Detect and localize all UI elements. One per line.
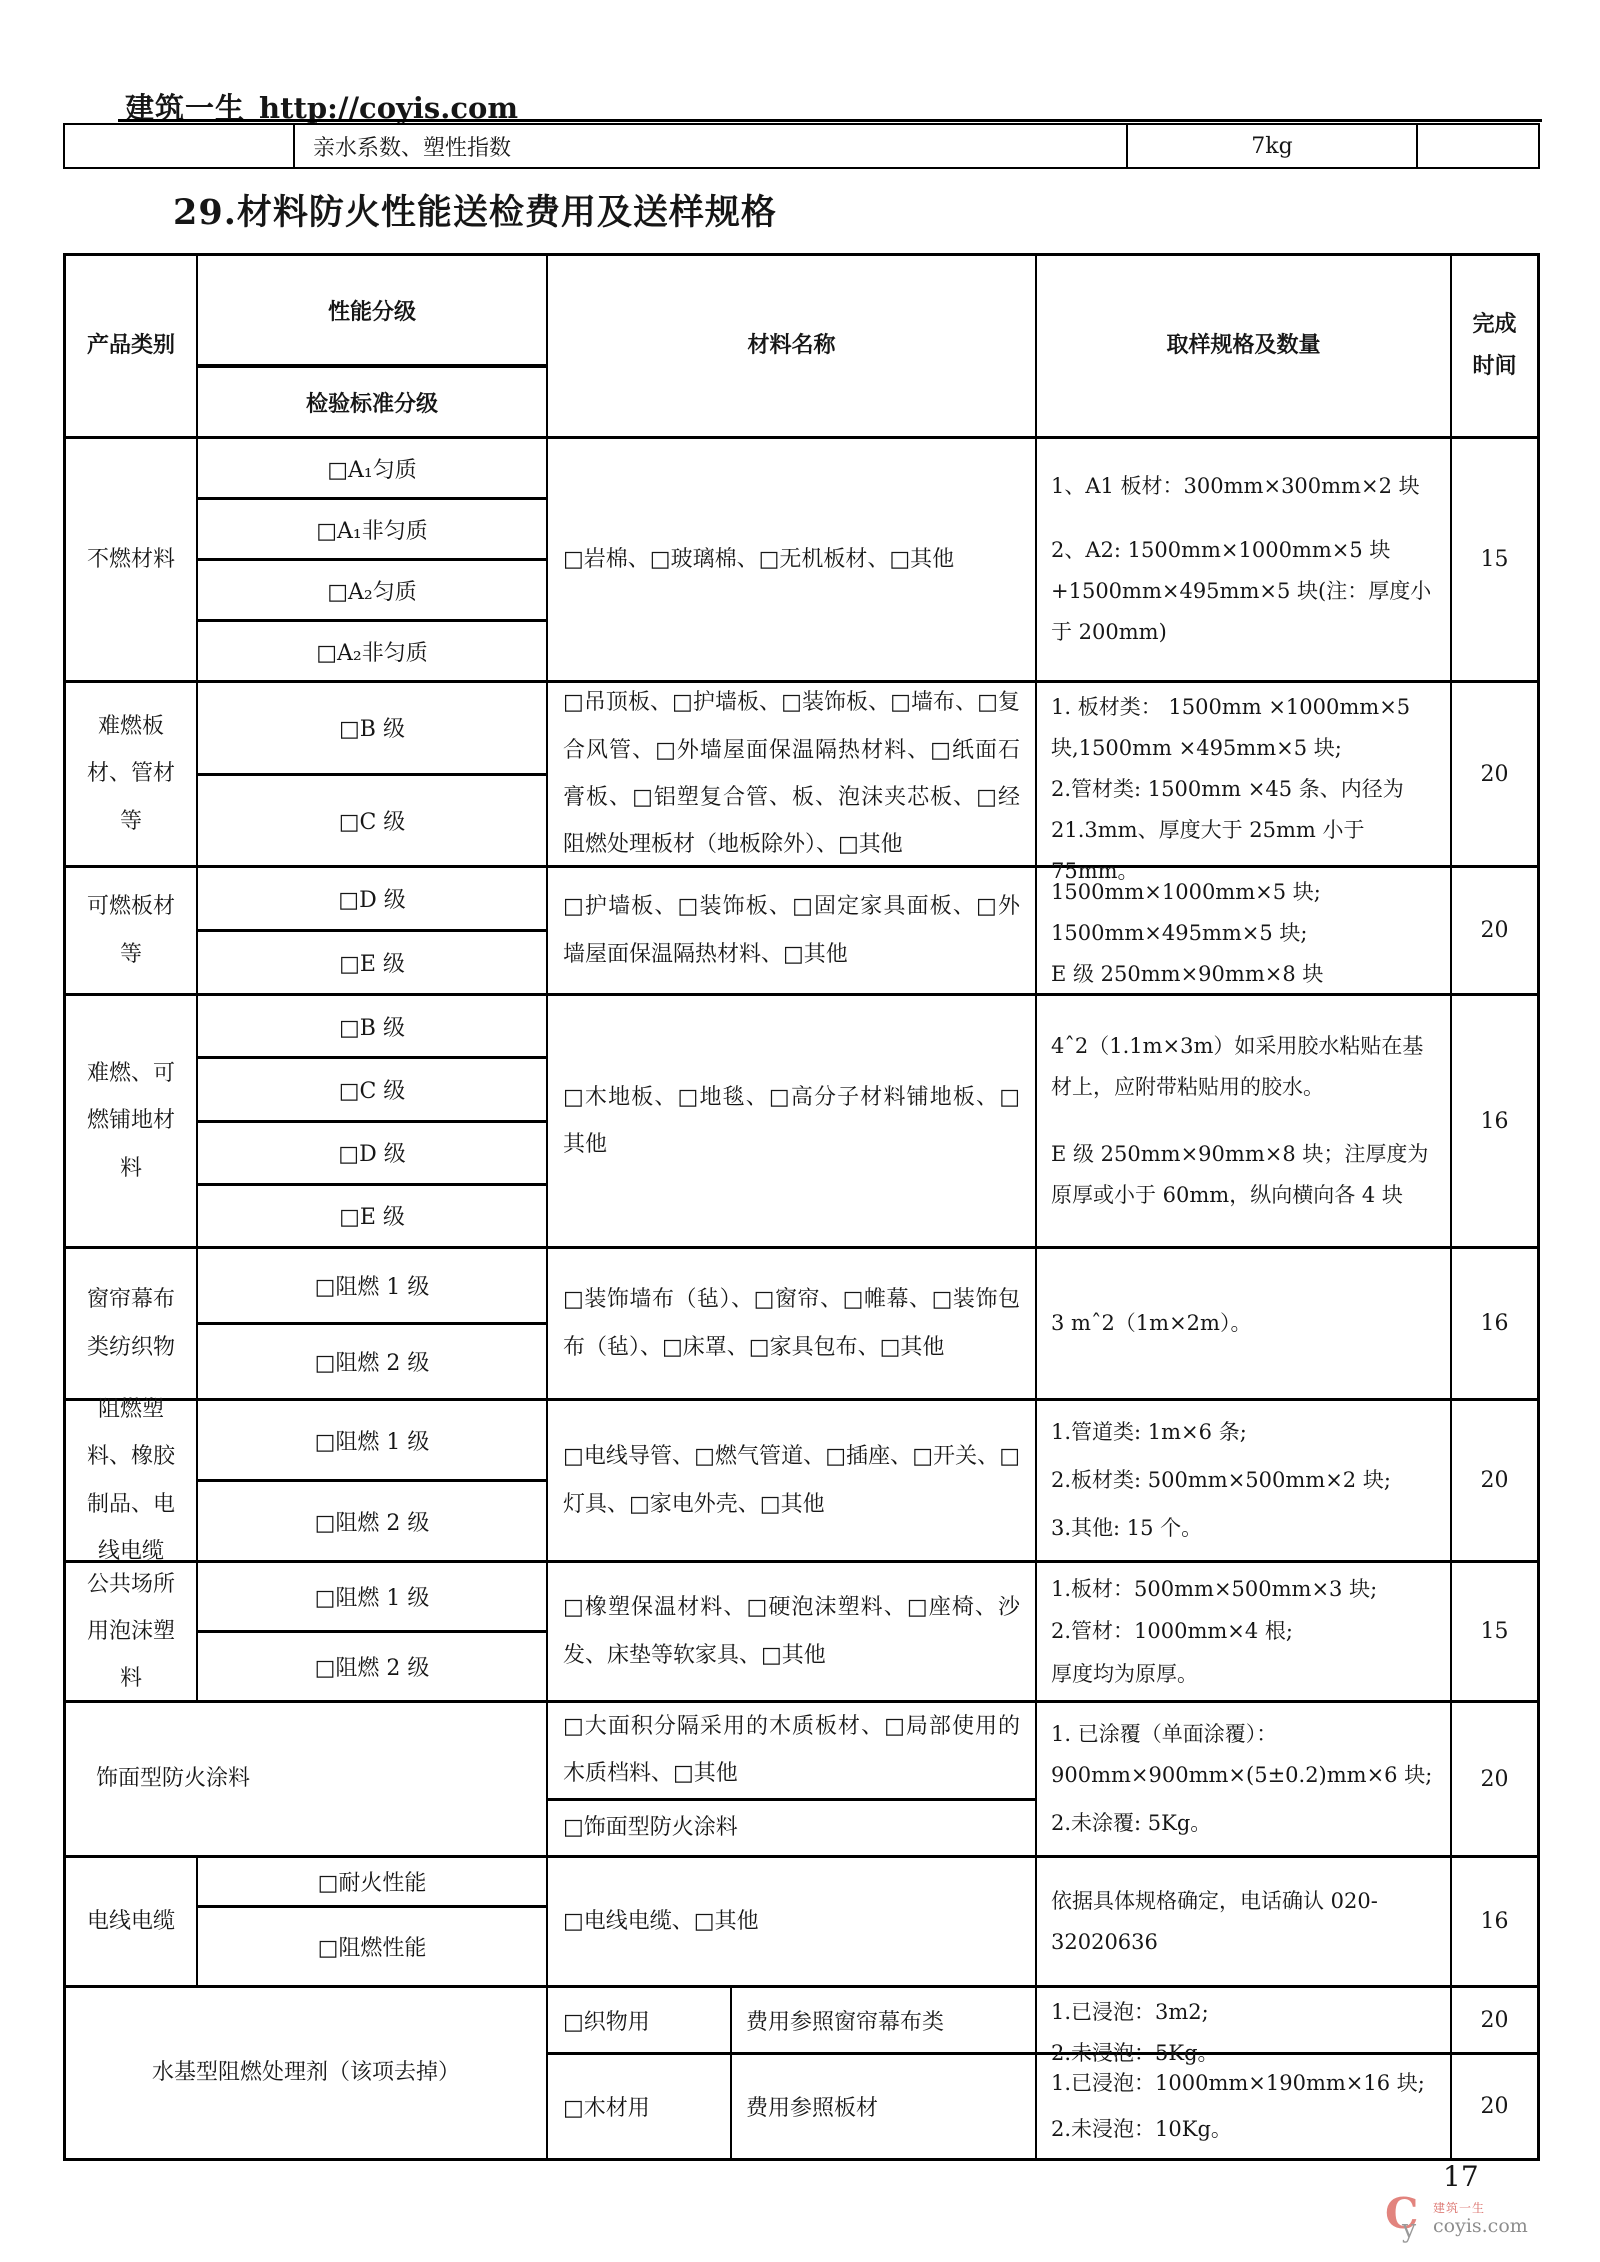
header-performance-grade: 性能分级 [198,256,546,368]
table-sub-row: □木材用 费用参照板材 1.已浸泡：1000mm×190mm×16 块; 2.未… [548,2055,1537,2158]
materials-cell: □电线导管、□燃气管道、□插座、□开关、□灯具、□家电外壳、□其他 [548,1401,1037,1560]
completion-time-cell: 20 [1452,1401,1537,1560]
grade-option: □阻燃 2 级 [198,1325,546,1398]
specs-cell: 1、A1 板材：300mm×300mm×2 块 2、A2: 1500mm×100… [1037,439,1452,680]
completion-time-cell: 16 [1452,1858,1537,1985]
table-row: 可燃板材等 □D 级 □E 级 □护墙板、□装饰板、□固定家具面板、□外墙屋面保… [66,868,1537,996]
table-header-row: 产品类别 性能分级 检验标准分级 材料名称 取样规格及数量 完成时间 [66,256,1537,439]
completion-time-cell: 20 [1452,2055,1537,2158]
category-cell: 电线电缆 [66,1858,198,1985]
specs-cell: 依据具体规格确定，电话确认 020-32020636 [1037,1858,1452,1985]
grade-option: □C 级 [198,1059,546,1122]
materials-text: □饰面型防火涂料 [563,1804,738,1851]
category-cell: 可燃板材等 [66,868,198,993]
completion-time-cell: 20 [1452,1703,1537,1855]
spec-line: 1. 已涂覆（单面涂覆）：900mm×900mm×(5±0.2)mm×6 块; [1051,1714,1436,1796]
category-cell: 难燃、可燃铺地材料 [66,996,198,1246]
grade-column: □阻燃 1 级 □阻燃 2 级 [198,1401,548,1560]
spec-line: 1、A1 板材：300mm×300mm×2 块 [1051,466,1420,507]
header-product-category: 产品类别 [66,256,198,436]
page-number: 17 [1443,2160,1479,2193]
materials-cell: □电线电缆、□其他 [548,1858,1037,1985]
grade-option: □阻燃 1 级 [198,1249,546,1325]
category-cell: 饰面型防火涂料 [66,1703,548,1855]
materials-text: □岩棉、□玻璃棉、□无机板材、□其他 [563,536,1020,583]
completion-time-cell: 20 [1452,868,1537,993]
spec-line: 4ˆ2（1.1m×3m）如采用胶水粘贴在基材上，应附带粘贴用的胶水。 [1051,1026,1436,1108]
specs-cell: 1.已浸泡：1000mm×190mm×16 块; 2.未浸泡：10Kg。 [1037,2055,1452,2158]
fee-reference-cell: 费用参照窗帘幕布类 [732,1988,1037,2052]
fee-table: 产品类别 性能分级 检验标准分级 材料名称 取样规格及数量 完成时间 不燃材料 … [63,253,1540,2161]
materials-cell: □装饰墙布（毡）、□窗帘、□帷幕、□装饰包布（毡）、□床罩、□家具包布、□其他 [548,1249,1037,1398]
header-sampling-spec: 取样规格及数量 [1037,256,1452,436]
completion-time-cell: 20 [1452,683,1537,865]
spec-line: 1.板材：500mm×500mm×3 块; [1051,1569,1377,1610]
materials-cell: □橡塑保温材料、□硬泡沫塑料、□座椅、沙发、床垫等软家具、□其他 [548,1563,1037,1700]
category-cell: 阻燃塑料、橡胶制品、电线电缆 [66,1401,198,1560]
header-inspection-standard-grade: 检验标准分级 [198,368,546,436]
grade-option: □阻燃 2 级 [198,1633,546,1700]
completion-time-cell: 20 [1452,1988,1537,2052]
grade-option: □E 级 [198,932,546,993]
top-table-cell-weight: 7kg [1128,125,1418,167]
header-rule [118,119,1542,122]
grade-option: □阻燃 2 级 [198,1482,546,1560]
materials-cell: □护墙板、□装饰板、□固定家具面板、□外墙屋面保温隔热材料、□其他 [548,868,1037,993]
header-completion-time: 完成时间 [1452,256,1537,436]
grade-option: □C 级 [198,776,546,866]
spec-line: 2.未浸泡：10Kg。 [1051,2109,1232,2150]
document-page: 建筑一生http://coyis.com 亲水系数、塑性指数 7kg 29.材料… [0,0,1600,2262]
materials-text: □橡塑保温材料、□硬泡沫塑料、□座椅、沙发、床垫等软家具、□其他 [563,1584,1020,1679]
spec-line: 1500mm×1000mm×5 块; [1051,872,1321,913]
grade-option: □A₁匀质 [198,439,546,500]
grade-column: □阻燃 1 级 □阻燃 2 级 [198,1563,548,1700]
grade-column: □B 级 □C 级 □D 级 □E 级 [198,996,548,1246]
watermark-text: 建筑一生 coyis.com [1433,2202,1528,2238]
grade-column: □耐火性能 □阻燃性能 [198,1858,548,1985]
category-cell: 窗帘幕布类纺织物 [66,1249,198,1398]
completion-time-cell: 16 [1452,1249,1537,1398]
materials-text: □木地板、□地毯、□高分子材料铺地板、□其他 [563,1074,1020,1169]
spec-line: 3 mˆ2（1m×2m）。 [1051,1303,1251,1344]
materials-cell: □大面积分隔采用的木质板材、□局部使用的木质档料、□其他 □饰面型防火涂料 [548,1703,1037,1855]
spec-line: 2.管材：1000mm×4 根; [1051,1611,1293,1652]
grade-option: □B 级 [198,683,546,776]
specs-cell: 1.板材：500mm×500mm×3 块; 2.管材：1000mm×4 根; 厚… [1037,1563,1452,1700]
grade-option: □A₁非匀质 [198,500,546,561]
spec-line: 1.已浸泡：3m2; [1051,1992,1209,2033]
completion-time-cell: 16 [1452,996,1537,1246]
table-row: 水基型阻燃处理剂（该项去掉） □织物用 费用参照窗帘幕布类 1.已浸泡：3m2;… [66,1988,1537,2158]
watermark-logo-y: y [1402,2214,1416,2243]
table-row: 难燃、可燃铺地材料 □B 级 □C 级 □D 级 □E 级 □木地板、□地毯、□… [66,996,1537,1249]
watermark-site-name: 建筑一生 [1433,2202,1528,2216]
spec-line: 2.未涂覆: 5Kg。 [1051,1803,1211,1844]
category-cell: 公共场所用泡沫塑料 [66,1563,198,1700]
spec-line: 厚度均为原厚。 [1051,1654,1198,1695]
grade-column: □A₁匀质 □A₁非匀质 □A₂匀质 □A₂非匀质 [198,439,548,680]
spec-line: E 级 250mm×90mm×8 块 [1051,954,1323,995]
materials-text: □装饰墙布（毡）、□窗帘、□帷幕、□装饰包布（毡）、□床罩、□家具包布、□其他 [563,1276,1020,1371]
top-partial-table: 亲水系数、塑性指数 7kg [63,123,1540,169]
top-table-cell-empty [65,125,295,167]
use-type-cell: □木材用 [548,2055,732,2158]
spec-line: E 级 250mm×90mm×8 块；注厚度为原厚或小于 60mm，纵向横向各 … [1051,1134,1436,1216]
materials-cell: □木地板、□地毯、□高分子材料铺地板、□其他 [548,996,1037,1246]
materials-text: □护墙板、□装饰板、□固定家具面板、□外墙屋面保温隔热材料、□其他 [563,883,1020,978]
category-cell: 难燃板材、管材等 [66,683,198,865]
spec-line: 2、A2: 1500mm×1000mm×5 块+1500mm×495mm×5 块… [1051,530,1436,653]
grade-option: □阻燃 1 级 [198,1401,546,1482]
spec-line: 依据具体规格确定，电话确认 020-32020636 [1051,1881,1436,1963]
materials-cell: □吊顶板、□护墙板、□装饰板、□墙布、□复合风管、□外墙屋面保温隔热材料、□纸面… [548,683,1037,865]
table-row: 电线电缆 □耐火性能 □阻燃性能 □电线电缆、□其他 依据具体规格确定，电话确认… [66,1858,1537,1988]
table-row: 窗帘幕布类纺织物 □阻燃 1 级 □阻燃 2 级 □装饰墙布（毡）、□窗帘、□帷… [66,1249,1537,1401]
grade-option: □B 级 [198,996,546,1059]
subrow-group: □织物用 费用参照窗帘幕布类 1.已浸泡：3m2; 2.未浸泡：5Kg。 20 … [548,1988,1537,2158]
materials-cell: □岩棉、□玻璃棉、□无机板材、□其他 [548,439,1037,680]
watermark: C y 建筑一生 coyis.com [1385,2197,1528,2243]
specs-cell: 1. 板材类： 1500mm ×1000mm×5 块,1500mm ×495mm… [1037,683,1452,865]
specs-cell: 3 mˆ2（1m×2m）。 [1037,1249,1452,1398]
specs-cell: 1. 已涂覆（单面涂覆）：900mm×900mm×(5±0.2)mm×6 块; … [1037,1703,1452,1855]
grade-option: □A₂非匀质 [198,622,546,680]
spec-line: 1500mm×495mm×5 块; [1051,913,1307,954]
table-row: 公共场所用泡沫塑料 □阻燃 1 级 □阻燃 2 级 □橡塑保温材料、□硬泡沫塑料… [66,1563,1537,1703]
materials-text: □电线导管、□燃气管道、□插座、□开关、□灯具、□家电外壳、□其他 [563,1433,1020,1528]
specs-cell: 1500mm×1000mm×5 块; 1500mm×495mm×5 块; E 级… [1037,868,1452,993]
grade-option: □A₂匀质 [198,561,546,622]
header-grade-column: 性能分级 检验标准分级 [198,256,548,436]
top-table-cell-empty [1418,125,1538,167]
top-table-cell-label: 亲水系数、塑性指数 [295,125,1128,167]
grade-column: □阻燃 1 级 □阻燃 2 级 [198,1249,548,1398]
use-type-cell: □织物用 [548,1988,732,2052]
fee-reference-cell: 费用参照板材 [732,2055,1037,2158]
page-title: 29.材料防火性能送检费用及送样规格 [173,185,777,235]
grade-option: □阻燃 1 级 [198,1563,546,1633]
category-cell: 水基型阻燃处理剂（该项去掉） [66,1988,548,2158]
table-row: 不燃材料 □A₁匀质 □A₁非匀质 □A₂匀质 □A₂非匀质 □岩棉、□玻璃棉、… [66,439,1537,683]
grade-option: □阻燃性能 [198,1908,546,1985]
table-sub-row: □织物用 费用参照窗帘幕布类 1.已浸泡：3m2; 2.未浸泡：5Kg。 20 [548,1988,1537,2055]
table-row: 难燃板材、管材等 □B 级 □C 级 □吊顶板、□护墙板、□装饰板、□墙布、□复… [66,683,1537,868]
grade-option: □D 级 [198,1123,546,1186]
materials-text: □大面积分隔采用的木质板材、□局部使用的木质档料、□其他 [563,1703,1020,1798]
spec-line: 2.板材类: 500mm×500mm×2 块; [1051,1460,1391,1501]
category-cell: 不燃材料 [66,439,198,680]
completion-time-cell: 15 [1452,439,1537,680]
materials-sub-row: □大面积分隔采用的木质板材、□局部使用的木质档料、□其他 [548,1703,1035,1801]
grade-option: □耐火性能 [198,1858,546,1908]
materials-text: □电线电缆、□其他 [563,1898,1020,1945]
table-row: 阻燃塑料、橡胶制品、电线电缆 □阻燃 1 级 □阻燃 2 级 □电线导管、□燃气… [66,1401,1537,1563]
spec-line: 3.其他: 15 个。 [1051,1508,1202,1549]
grade-option: □D 级 [198,868,546,932]
materials-text: □吊顶板、□护墙板、□装饰板、□墙布、□复合风管、□外墙屋面保温隔热材料、□纸面… [563,679,1020,868]
completion-time-cell: 15 [1452,1563,1537,1700]
specs-cell: 1.已浸泡：3m2; 2.未浸泡：5Kg。 [1037,1988,1452,2052]
watermark-site-url: coyis.com [1433,2216,1528,2238]
spec-line: 1.管道类: 1m×6 条; [1051,1412,1247,1453]
grade-column: □D 级 □E 级 [198,868,548,993]
watermark-logo: C y [1385,2197,1429,2243]
materials-sub-row: □饰面型防火涂料 [548,1801,1035,1855]
specs-cell: 4ˆ2（1.1m×3m）如采用胶水粘贴在基材上，应附带粘贴用的胶水。 E 级 2… [1037,996,1452,1246]
grade-option: □E 级 [198,1186,546,1246]
table-row: 饰面型防火涂料 □大面积分隔采用的木质板材、□局部使用的木质档料、□其他 □饰面… [66,1703,1537,1858]
header-material-name: 材料名称 [548,256,1037,436]
spec-line: 1.已浸泡：1000mm×190mm×16 块; [1051,2063,1425,2104]
spec-line: 1. 板材类： 1500mm ×1000mm×5 块,1500mm ×495mm… [1051,687,1436,769]
specs-cell: 1.管道类: 1m×6 条; 2.板材类: 500mm×500mm×2 块; 3… [1037,1401,1452,1560]
grade-column: □B 级 □C 级 [198,683,548,865]
